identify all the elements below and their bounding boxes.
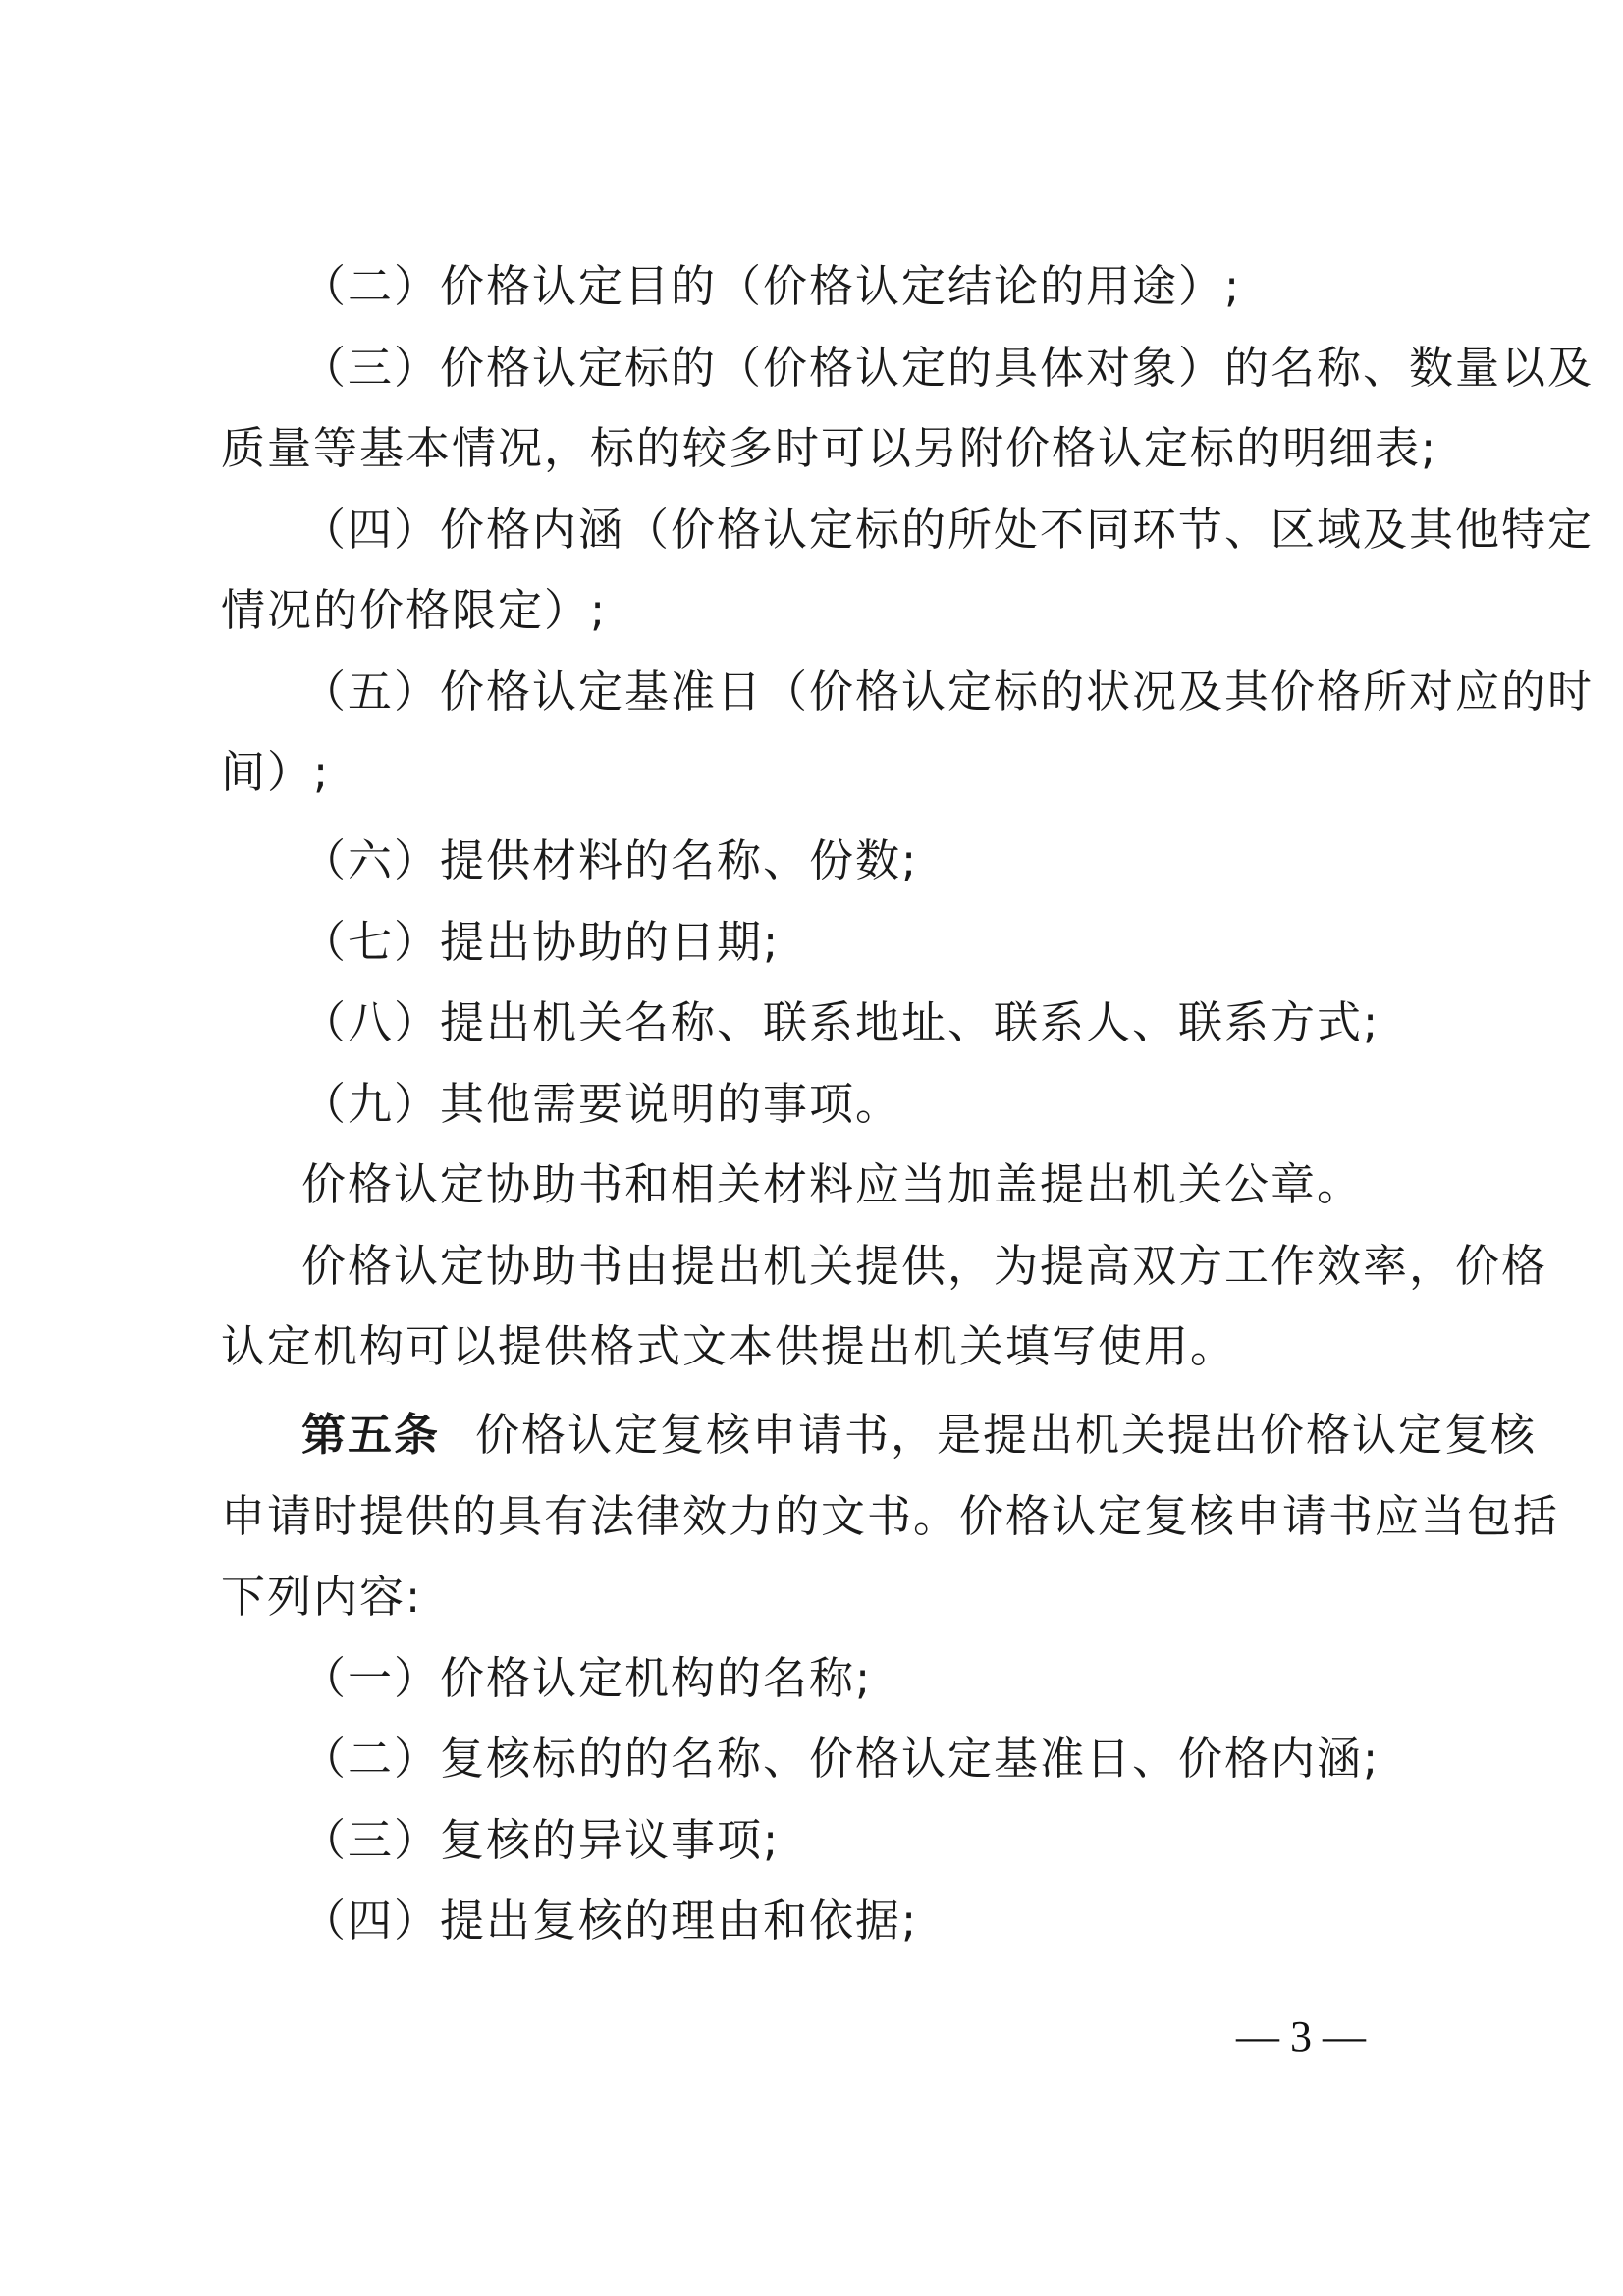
text-line: （四）价格内涵（价格认定标的所处不同环节、区域及其他特定 bbox=[301, 501, 1414, 560]
text-line: 申请时提供的具有法律效力的文书。价格认定复核申请书应当包括 bbox=[221, 1487, 1414, 1546]
text-line: 质量等基本情况，标的较多时可以另附价格认定标的明细表; bbox=[221, 419, 1414, 478]
text-line: 价格认定协助书和相关材料应当加盖提出机关公章。 bbox=[301, 1155, 1414, 1214]
text-line: 间）; bbox=[221, 743, 1414, 802]
text-line: （四）提出复核的理由和依据; bbox=[301, 1892, 1414, 1950]
text-line: （六）提供材料的名称、份数; bbox=[301, 831, 1414, 890]
text-line: （二）价格认定目的（价格认定结论的用途）; bbox=[301, 257, 1414, 316]
text-line: （一）价格认定机构的名称; bbox=[301, 1649, 1414, 1708]
text-line: 下列内容: bbox=[221, 1568, 1414, 1627]
article-heading: 第五条 bbox=[301, 1409, 440, 1461]
text-line: （三）复核的异议事项; bbox=[301, 1811, 1414, 1870]
text-line: （二）复核标的的名称、价格认定基准日、价格内涵; bbox=[301, 1730, 1414, 1789]
text-line: （三）价格认定标的（价格认定的具体对象）的名称、数量以及 bbox=[301, 339, 1414, 398]
text-line: （五）价格认定基准日（价格认定标的状况及其价格所对应的时 bbox=[301, 663, 1414, 721]
text-line: 情况的价格限定）; bbox=[221, 581, 1414, 640]
document-page: （二）价格认定目的（价格认定结论的用途）; （三）价格认定标的（价格认定的具体对… bbox=[0, 0, 1623, 2296]
article-text: 价格认定复核申请书，是提出机关提出价格认定复核 bbox=[475, 1409, 1537, 1461]
text-line: （九）其他需要说明的事项。 bbox=[301, 1075, 1414, 1134]
text-line: （八）提出机关名称、联系地址、联系人、联系方式; bbox=[301, 993, 1414, 1052]
page-number: — 3 — bbox=[1217, 2012, 1384, 2061]
text-line: 认定机构可以提供格式文本供提出机关填写使用。 bbox=[221, 1317, 1414, 1376]
text-line: （七）提出协助的日期; bbox=[301, 913, 1414, 972]
text-line: 价格认定协助书由提出机关提供，为提高双方工作效率，价格 bbox=[301, 1237, 1414, 1296]
article-line: 第五条价格认定复核申请书，是提出机关提出价格认定复核 bbox=[301, 1406, 1414, 1465]
